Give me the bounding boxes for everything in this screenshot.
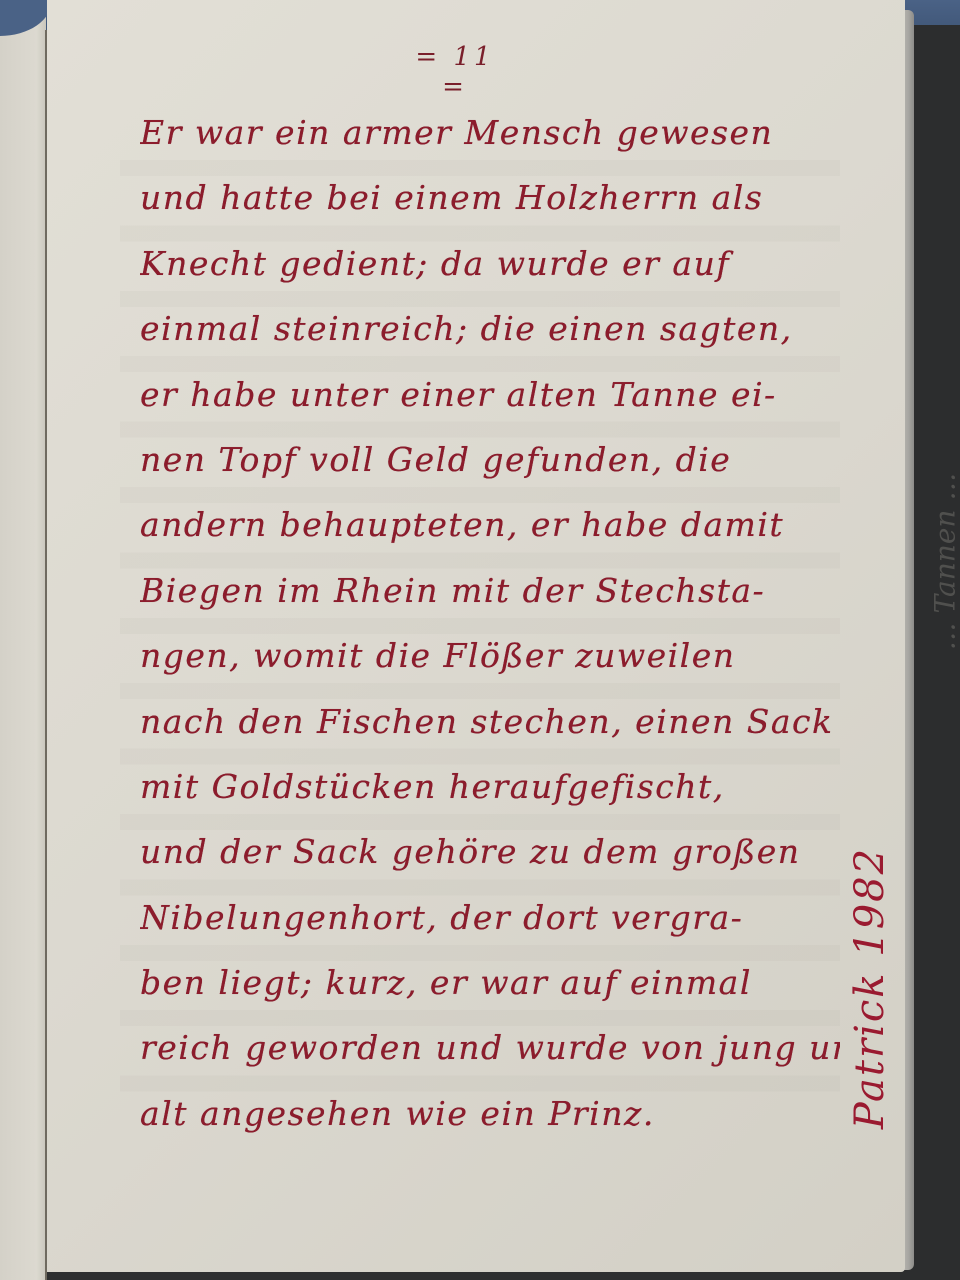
bleed-through-vertical-text: … Tannen …	[925, 300, 955, 820]
text-line: alt angesehen wie ein Prinz.	[140, 1081, 840, 1146]
text-line: nen Topf voll Geld gefunden, die	[140, 427, 840, 492]
text-line: Knecht gedient; da wurde er auf	[140, 231, 840, 296]
text-line: andern behaupteten, er habe damit	[140, 492, 840, 557]
text-line: einmal steinreich; die einen sagten,	[140, 296, 840, 361]
text-line: und hatte bei einem Holzherrn als	[140, 165, 840, 230]
page-number: = 11 =	[410, 42, 500, 102]
gutter-fold	[45, 30, 47, 1280]
text-line: mit Goldstücken heraufgefischt,	[140, 754, 840, 819]
handwritten-text: Er war ein armer Mensch gewesen und hatt…	[140, 100, 840, 1146]
text-line: ngen, womit die Flößer zuweilen	[140, 623, 840, 688]
text-line: Biegen im Rhein mit der Stechsta-	[140, 558, 840, 623]
left-page-edge	[0, 0, 46, 1280]
text-line: reich geworden und wurde von jung und	[140, 1015, 840, 1080]
text-line: Er war ein armer Mensch gewesen	[140, 100, 840, 165]
signature: Patrick 1982	[840, 818, 900, 1158]
text-line: er habe unter einer alten Tanne ei-	[140, 362, 840, 427]
text-line: Nibelungenhort, der dort vergra-	[140, 885, 840, 950]
text-line: ben liegt; kurz, er war auf einmal	[140, 950, 840, 1015]
text-line: nach den Fischen stechen, einen Sack	[140, 689, 840, 754]
text-line: und der Sack gehöre zu dem großen	[140, 819, 840, 884]
